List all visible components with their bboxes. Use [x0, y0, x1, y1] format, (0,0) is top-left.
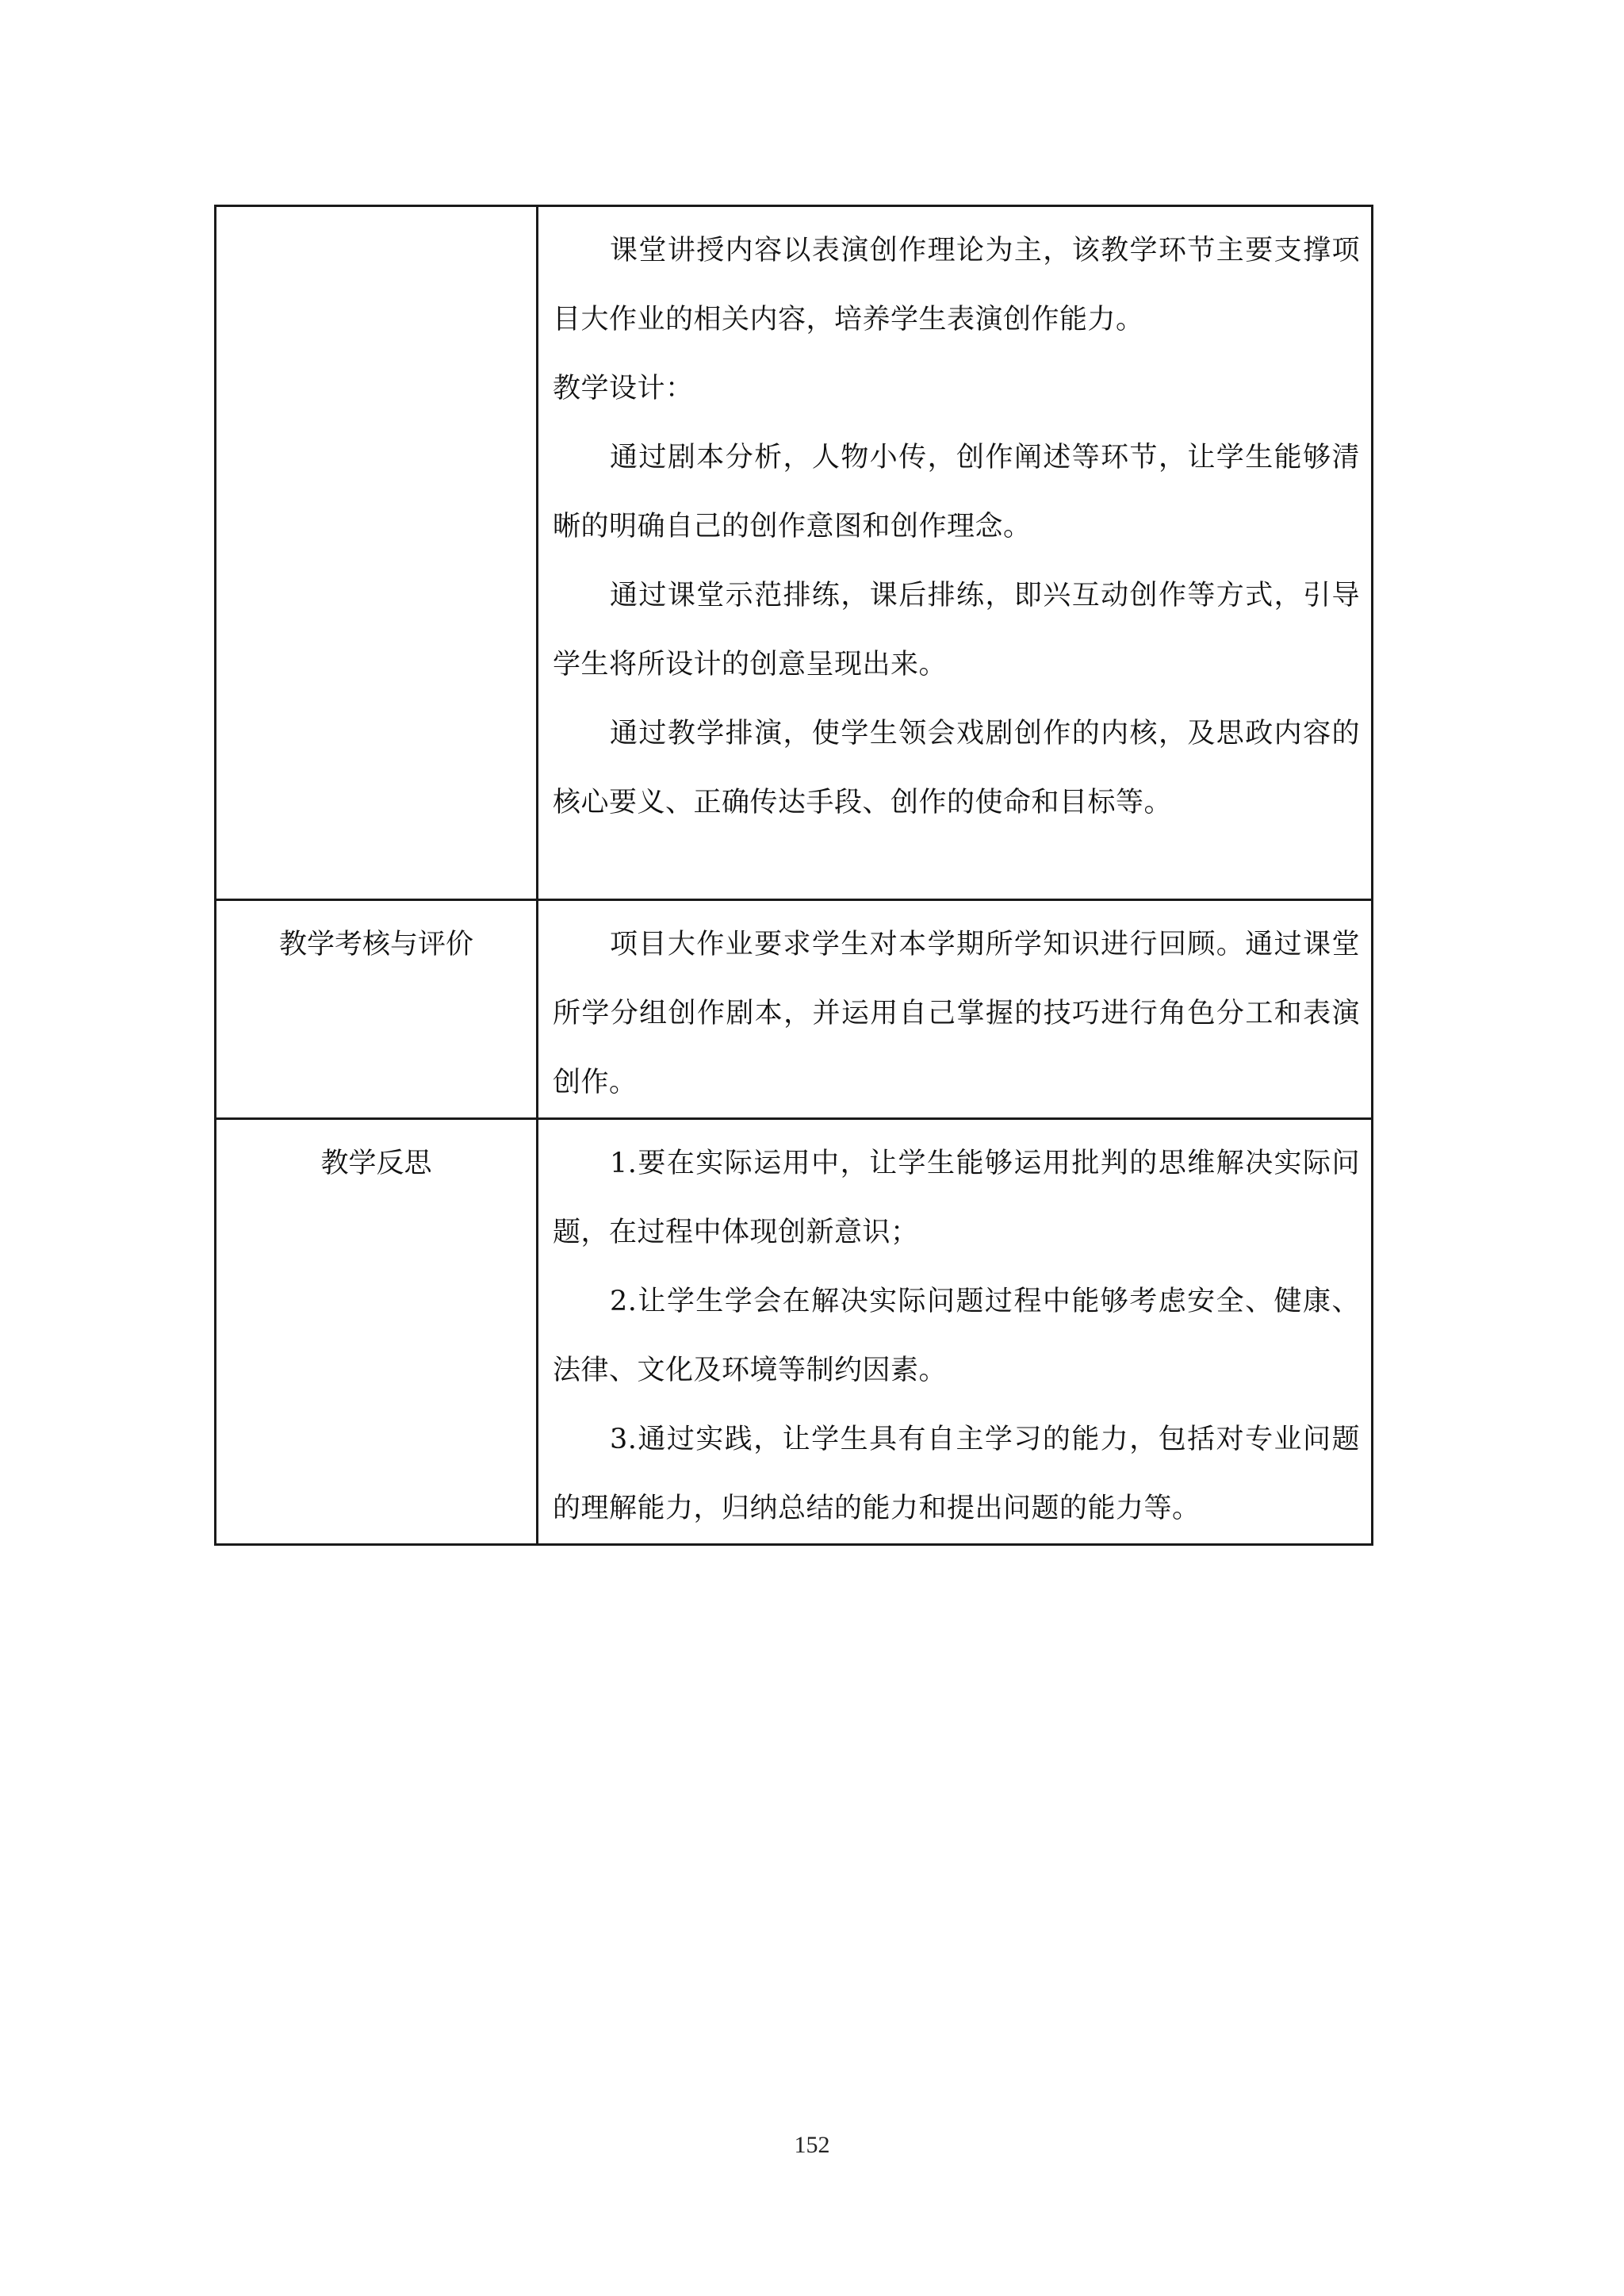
row-content: 1.要在实际运用中，让学生能够运用批判的思维解决实际问题，在过程中体现创新意识；… [538, 1119, 1373, 1545]
paragraph: 项目大作业要求学生对本学期所学知识进行回顾。通过课堂所学分组创作剧本，并运用自己… [553, 910, 1360, 1117]
list-item: 1.要在实际运用中，让学生能够运用批判的思维解决实际问题，在过程中体现创新意识； [553, 1129, 1360, 1267]
paragraph: 通过剧本分析，人物小传，创作阐述等环节，让学生能够清晰的明确自己的创作意图和创作… [553, 424, 1360, 562]
row-content: 课堂讲授内容以表演创作理论为主，该教学环节主要支撑项目大作业的相关内容，培养学生… [538, 206, 1373, 900]
table-row-assessment: 教学考核与评价 项目大作业要求学生对本学期所学知识进行回顾。通过课堂所学分组创作… [216, 900, 1373, 1119]
table-row-teaching-content: 课堂讲授内容以表演创作理论为主，该教学环节主要支撑项目大作业的相关内容，培养学生… [216, 206, 1373, 900]
row-label: 教学反思 [216, 1119, 538, 1545]
page-number: 152 [0, 2132, 1624, 2159]
list-item: 3.通过实践，让学生具有自主学习的能力，包括对专业问题的理解能力，归纳总结的能力… [553, 1405, 1360, 1543]
course-design-table: 课堂讲授内容以表演创作理论为主，该教学环节主要支撑项目大作业的相关内容，培养学生… [214, 205, 1373, 1546]
table-row-reflection: 教学反思 1.要在实际运用中，让学生能够运用批判的思维解决实际问题，在过程中体现… [216, 1119, 1373, 1545]
paragraph: 通过教学排演，使学生领会戏剧创作的内核，及思政内容的核心要义、正确传达手段、创作… [553, 700, 1360, 838]
row-label [216, 206, 538, 900]
section-heading-teaching-design: 教学设计： [553, 355, 1360, 424]
list-item: 2.让学生学会在解决实际问题过程中能够考虑安全、健康、法律、文化及环境等制约因素… [553, 1267, 1360, 1405]
row-label: 教学考核与评价 [216, 900, 538, 1119]
paragraph: 课堂讲授内容以表演创作理论为主，该教学环节主要支撑项目大作业的相关内容，培养学生… [553, 217, 1360, 355]
row-content: 项目大作业要求学生对本学期所学知识进行回顾。通过课堂所学分组创作剧本，并运用自己… [538, 900, 1373, 1119]
paragraph: 通过课堂示范排练，课后排练，即兴互动创作等方式，引导学生将所设计的创意呈现出来。 [553, 562, 1360, 700]
